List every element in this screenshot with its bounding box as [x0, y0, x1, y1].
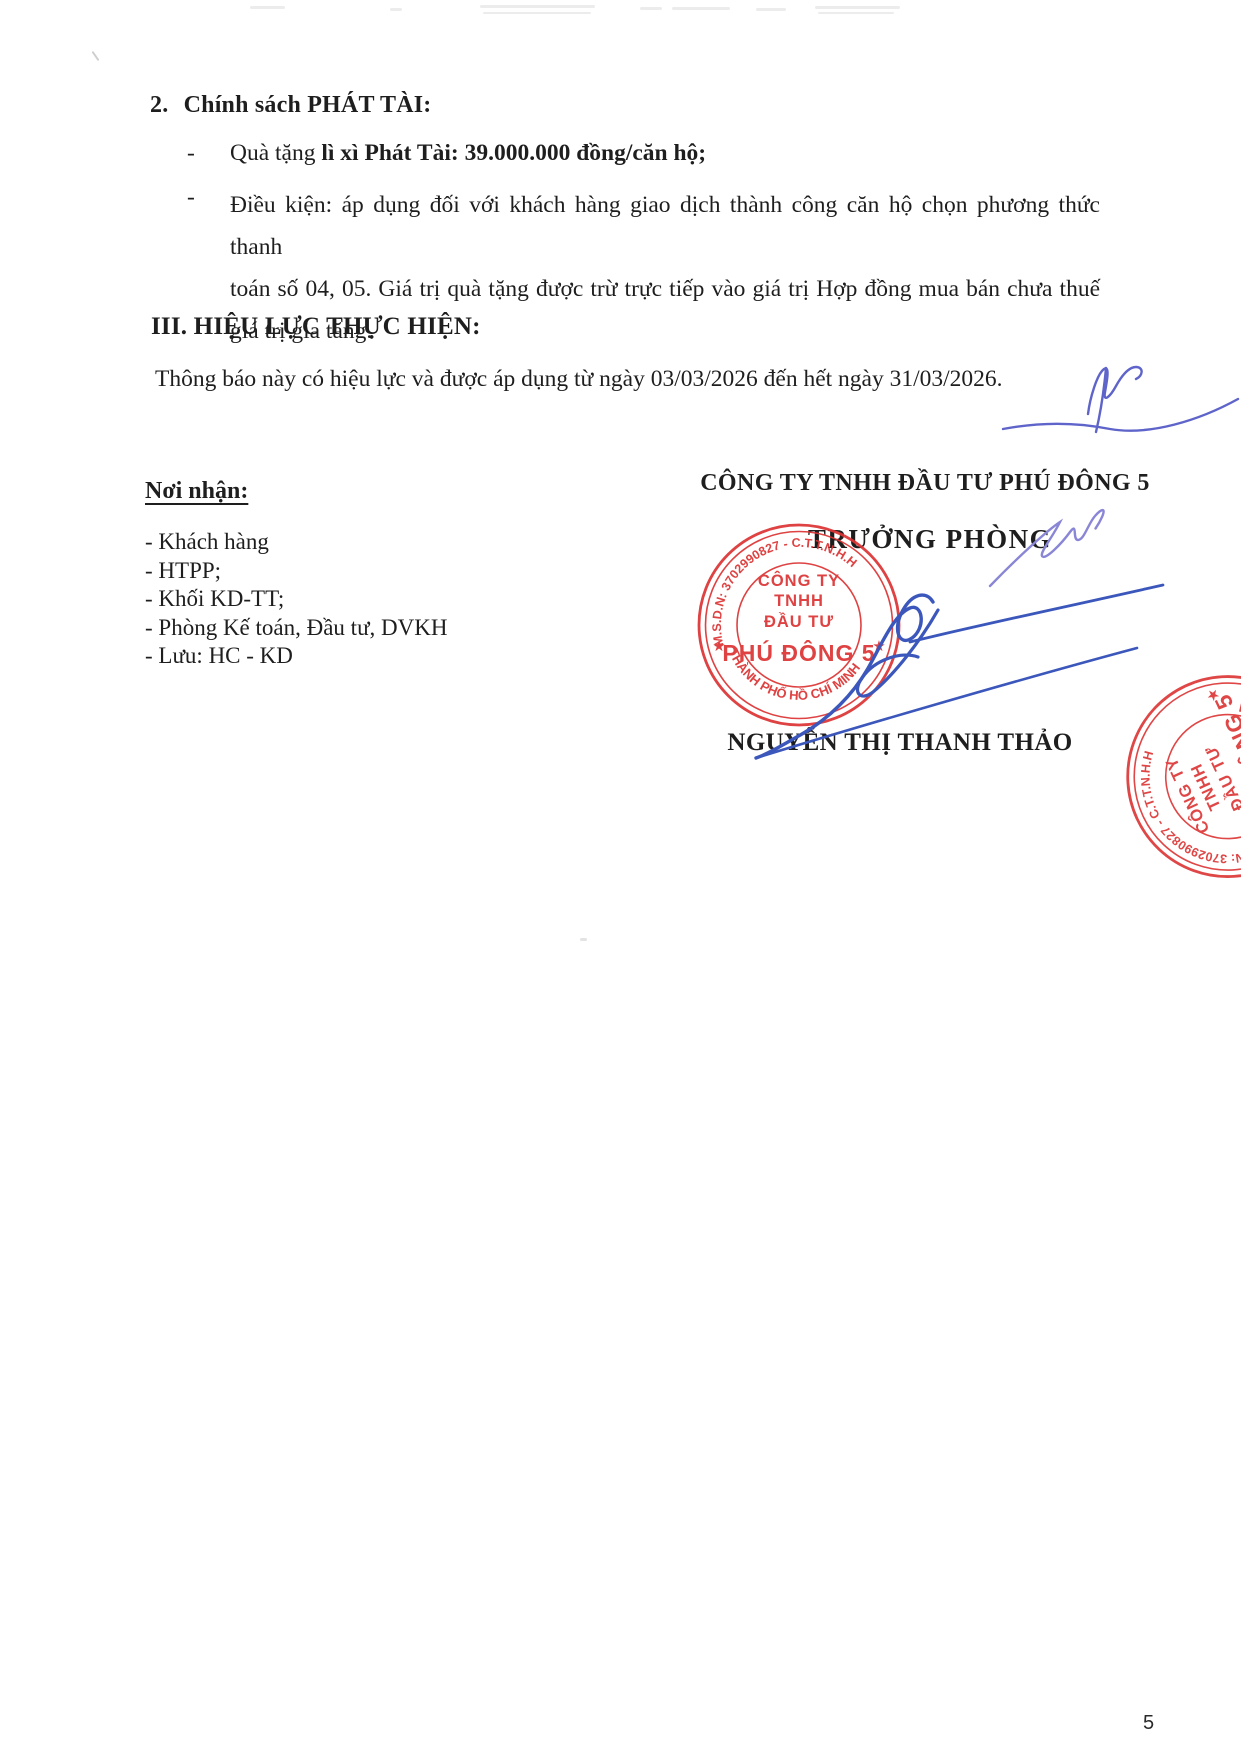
section-3-heading: III. HIỆU LỰC THỰC HIỆN:	[151, 313, 481, 341]
handwritten-signature	[690, 470, 1240, 770]
section-2-number: 2.	[150, 92, 168, 118]
bullet-dash: -	[187, 140, 195, 167]
recipients-list: - Khách hàng - HTPP; - Khối KD-TT; - Phò…	[145, 528, 447, 671]
bullet-1-bold: lì xì Phát Tài: 39.000.000 đồng/căn hộ;	[321, 140, 706, 166]
scan-artifact	[480, 5, 595, 8]
recipients-title: Nơi nhận:	[145, 478, 248, 505]
recipient-item: - HTPP;	[145, 557, 447, 586]
document-page: 2. Chính sách PHÁT TÀI: - Quà tặng lì xì…	[0, 0, 1241, 1755]
scan-artifact	[390, 8, 402, 11]
recipient-item: - Lưu: HC - KD	[145, 642, 447, 671]
scan-artifact	[815, 6, 900, 9]
section-2-heading: 2. Chính sách PHÁT TÀI:	[150, 92, 431, 119]
scan-artifact	[672, 7, 730, 10]
recipient-item: - Phòng Kế toán, Đầu tư, DVKH	[145, 614, 447, 643]
recipient-item: - Khách hàng	[145, 528, 447, 557]
bullet-1-normal: Quà tặng	[230, 140, 321, 166]
bullet-2-line2: toán số 04, 05. Giá trị quà tặng được tr…	[230, 268, 1100, 310]
initial-paraph-signature	[950, 352, 1241, 440]
effectiveness-text: Thông báo này có hiệu lực và được áp dụn…	[155, 366, 1003, 393]
scan-artifact	[640, 7, 662, 10]
section-2-title: Chính sách PHÁT TÀI:	[184, 92, 432, 118]
scan-artifact	[92, 51, 100, 61]
scan-artifact	[818, 12, 894, 14]
recipient-item: - Khối KD-TT;	[145, 585, 447, 614]
bullet-dash: -	[187, 184, 195, 211]
scan-artifact	[756, 8, 786, 11]
signature-flourish	[990, 510, 1104, 586]
page-number: 5	[1143, 1712, 1154, 1735]
scan-artifact	[580, 938, 587, 941]
scan-artifact	[250, 6, 285, 9]
bullet-1: Quà tặng lì xì Phát Tài: 39.000.000 đồng…	[230, 140, 706, 167]
scan-artifact	[483, 12, 591, 14]
bullet-2-line1: Điều kiện: áp dụng đối với khách hàng gi…	[230, 184, 1100, 268]
